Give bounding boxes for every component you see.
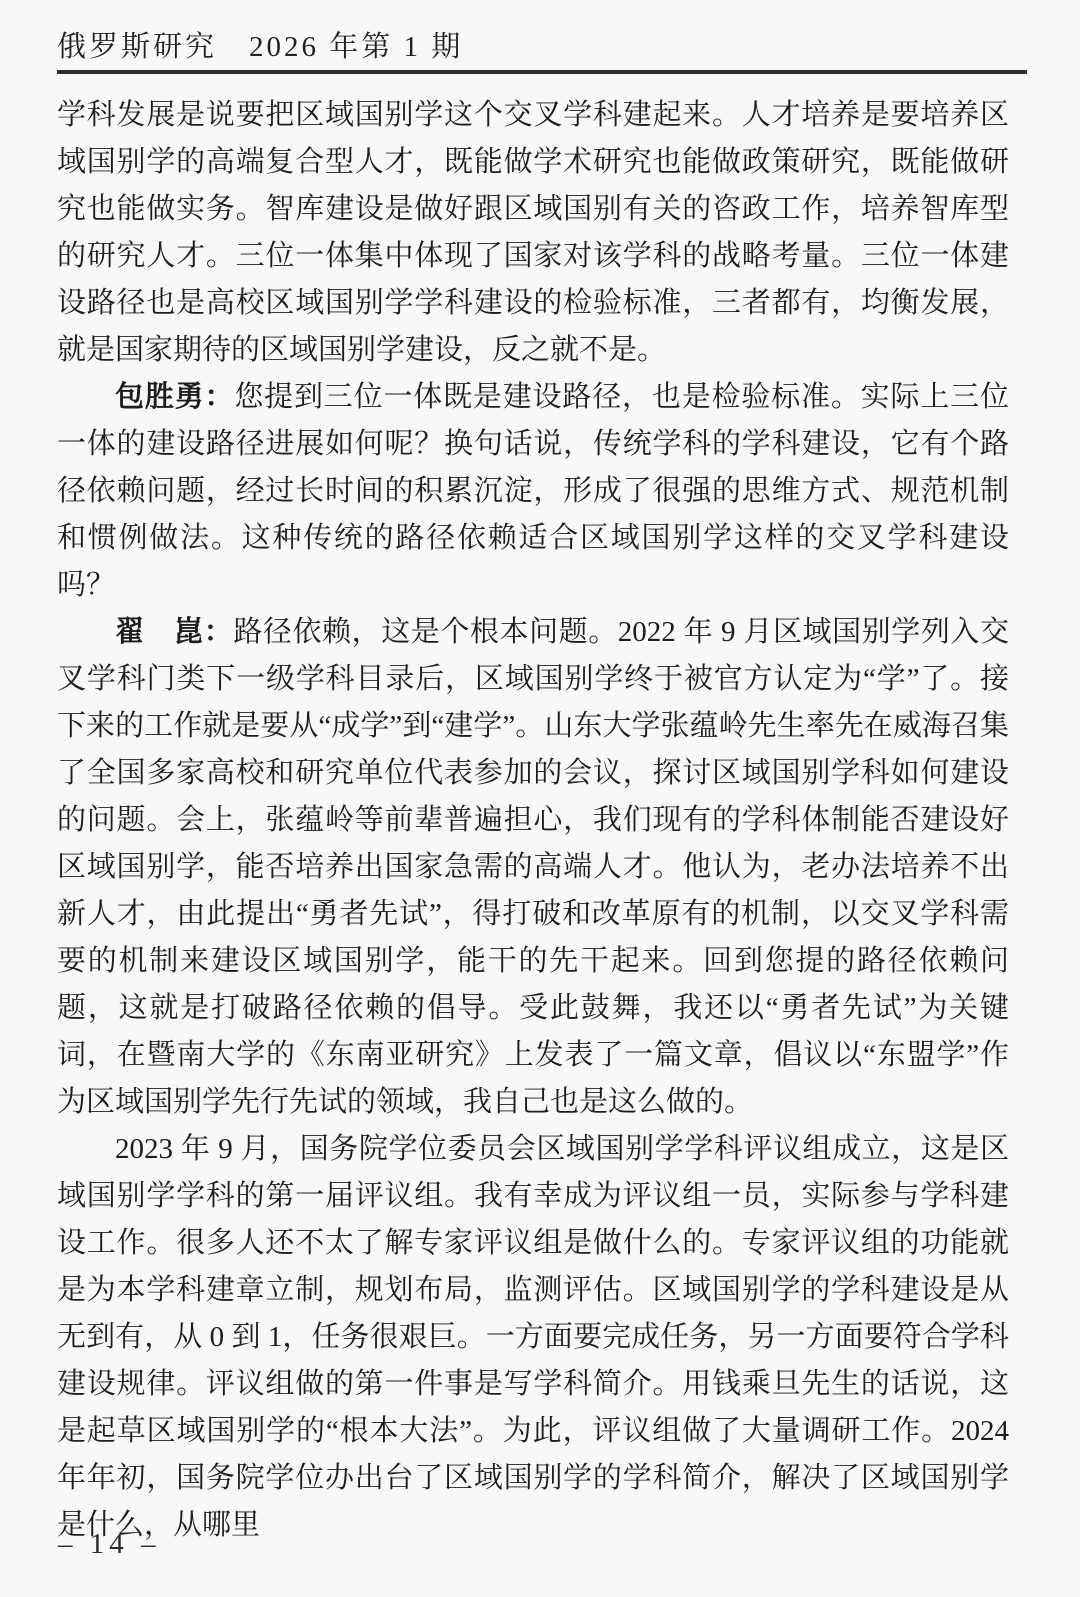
- paragraph-text: 您提到三位一体既是建设路径，也是检验标准。实际上三位一体的建设路径进展如何呢？换…: [57, 381, 1009, 601]
- paragraph: 学科发展是说要把区域国别学这个交叉学科建起来。人才培养是要培养区域国别学的高端复…: [57, 92, 1009, 374]
- page-number: – 14 –: [58, 1528, 161, 1560]
- journal-page: 俄罗斯研究 2026 年第 1 期 学科发展是说要把区域国别学这个交叉学科建起来…: [0, 0, 1080, 1597]
- speaker-name: 翟 崑：: [115, 616, 233, 648]
- page-header: 俄罗斯研究 2026 年第 1 期: [57, 24, 1027, 74]
- page-footer: – 14 –: [58, 1528, 161, 1561]
- paragraph: 2023 年 9 月，国务院学位委员会区域国别学学科评议组成立，这是区域国别学学…: [57, 1126, 1009, 1549]
- paragraph-text: 学科发展是说要把区域国别学这个交叉学科建起来。人才培养是要培养区域国别学的高端复…: [57, 99, 1009, 366]
- paragraph: 包胜勇：您提到三位一体既是建设路径，也是检验标准。实际上三位一体的建设路径进展如…: [57, 374, 1009, 609]
- journal-title: 俄罗斯研究 2026 年第 1 期: [57, 24, 1027, 70]
- article-body: 学科发展是说要把区域国别学这个交叉学科建起来。人才培养是要培养区域国别学的高端复…: [57, 92, 1009, 1549]
- header-divider: [57, 70, 1027, 74]
- paragraph: 翟 崑：路径依赖，这是个根本问题。2022 年 9 月区域国别学列入交叉学科门类…: [57, 609, 1009, 1126]
- speaker-name: 包胜勇：: [115, 381, 234, 413]
- paragraph-text: 2023 年 9 月，国务院学位委员会区域国别学学科评议组成立，这是区域国别学学…: [57, 1133, 1009, 1541]
- paragraph-text: 路径依赖，这是个根本问题。2022 年 9 月区域国别学列入交叉学科门类下一级学…: [57, 616, 1009, 1118]
